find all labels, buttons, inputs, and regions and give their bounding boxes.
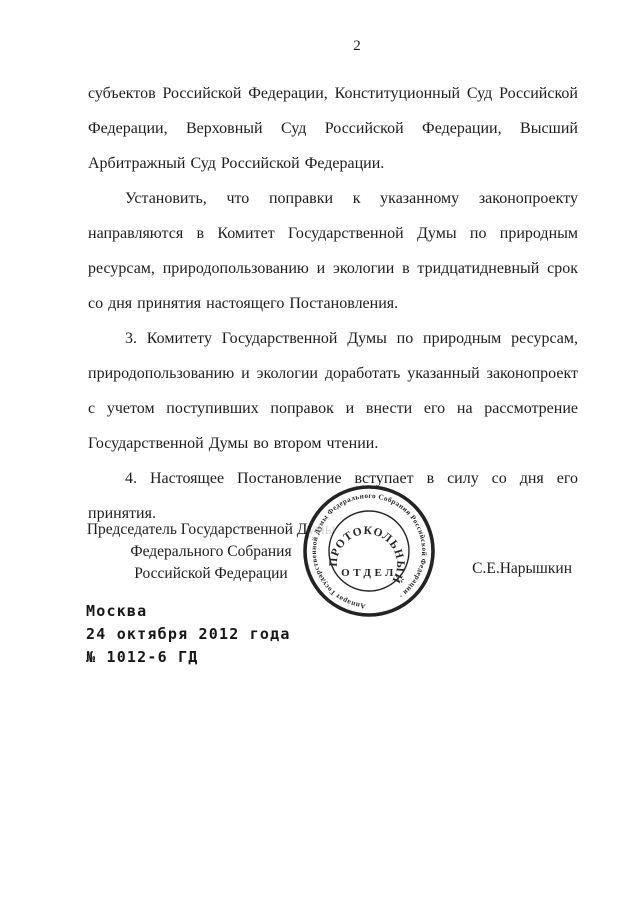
protocol-department-stamp-icon: Аппарат Государственной Думы Федеральног…	[301, 483, 437, 619]
stamp-title-center-text: ОТДЕЛ	[341, 567, 397, 579]
document-footer: Москва 24 октября 2012 года № 1012-6 ГД	[86, 600, 291, 669]
paragraph-amendments: Установить, что поправки к указанному за…	[88, 181, 578, 321]
stamp-outer-circle	[305, 487, 433, 615]
paragraph-continuation: субъектов Российской Федерации, Конститу…	[88, 76, 578, 181]
document-page: 2 субъектов Российской Федерации, Консти…	[0, 0, 640, 905]
footer-date: 24 октября 2012 года	[86, 623, 291, 646]
footer-number: № 1012-6 ГД	[86, 646, 291, 669]
paragraph-item-3: 3. Комитету Государственной Думы по прир…	[88, 321, 578, 461]
signatory-name: С.Е.Нарышкин	[472, 560, 572, 578]
page-number: 2	[353, 38, 361, 55]
footer-city: Москва	[86, 600, 291, 623]
document-body: субъектов Российской Федерации, Конститу…	[88, 76, 578, 531]
